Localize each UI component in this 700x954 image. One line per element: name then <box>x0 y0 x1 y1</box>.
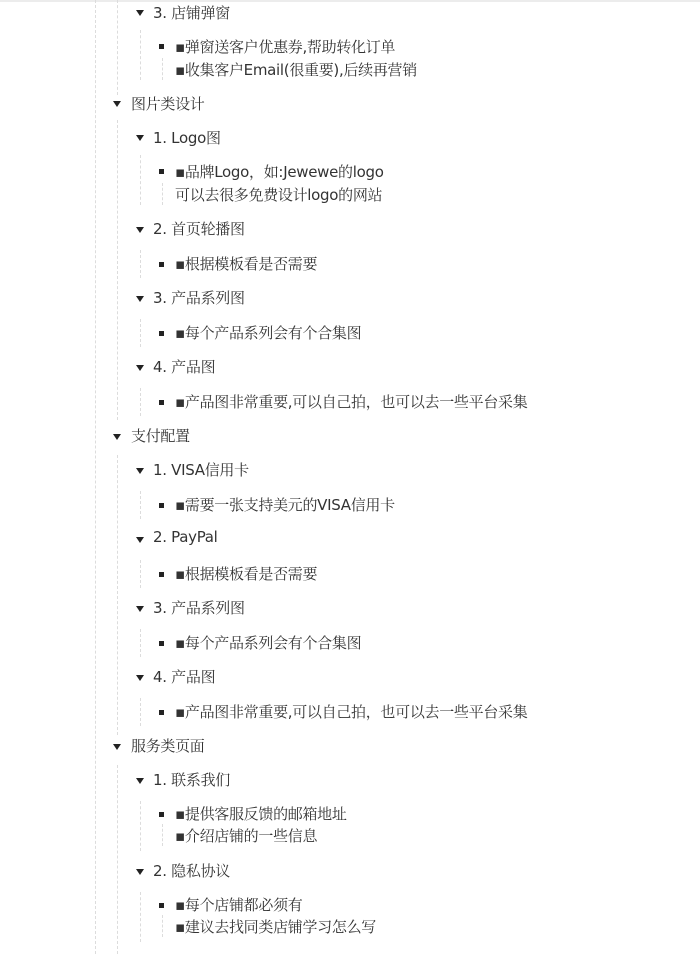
bullet-icon <box>159 903 164 908</box>
outline-heading[interactable]: 服务类页面 <box>131 735 205 756</box>
note-line: 可以去很多免费设计logo的网站 <box>175 184 382 205</box>
note-line: ▪产品图非常重要,可以自己拍，也可以去一些平台采集 <box>175 391 527 412</box>
outline-guide-level2 <box>140 388 141 416</box>
outline-guide-level2 <box>140 629 141 657</box>
note-line: ▪产品图非常重要,可以自己拍，也可以去一些平台采集 <box>175 701 527 722</box>
note-line: ▪每个产品系列会有个合集图 <box>175 322 361 343</box>
outline-subheading[interactable]: 3. 产品系列图 <box>153 287 245 308</box>
collapse-toggle-icon[interactable] <box>136 227 144 233</box>
bullet-icon <box>159 331 164 336</box>
collapse-toggle-icon[interactable] <box>136 10 144 16</box>
outline-subheading[interactable]: 1. VISA信用卡 <box>153 459 249 480</box>
note-line: ▪每个产品系列会有个合集图 <box>175 632 361 653</box>
collapse-toggle-icon[interactable] <box>136 778 144 784</box>
outline-guide-level0 <box>95 0 96 954</box>
note-line: ▪提供客服反馈的邮箱地址 <box>175 803 347 824</box>
outline-guide-level2 <box>140 801 141 851</box>
outline-subheading[interactable]: 1. 联系我们 <box>153 769 230 790</box>
collapse-toggle-icon[interactable] <box>136 675 144 681</box>
bullet-icon <box>159 169 164 174</box>
top-divider <box>0 0 700 2</box>
note-line: ▪每个店铺都必须有 <box>175 894 302 915</box>
collapse-toggle-icon[interactable] <box>113 101 121 107</box>
bullet-icon <box>159 262 164 267</box>
note-line: ▪根据模板看是否需要 <box>175 253 317 274</box>
outline-guide-level2 <box>140 491 141 519</box>
outline-guide-level2 <box>140 892 141 942</box>
note-guide <box>162 824 163 846</box>
collapse-toggle-icon[interactable] <box>136 468 144 474</box>
outline-guide-level2 <box>140 319 141 347</box>
note-line: ▪收集客户Email(很重要),后续再营销 <box>175 59 417 80</box>
outline-heading[interactable]: 支付配置 <box>131 425 190 446</box>
note-line: ▪根据模板看是否需要 <box>175 563 317 584</box>
outline-guide-level1 <box>117 0 118 95</box>
outline-heading[interactable]: 图片类设计 <box>131 93 205 114</box>
bullet-icon <box>159 812 164 817</box>
outline-guide-level2 <box>140 155 141 205</box>
outline-subheading[interactable]: 2. 首页轮播图 <box>153 218 245 239</box>
outline-subheading[interactable]: 2. PayPal <box>153 528 218 546</box>
outline-guide-level2 <box>140 698 141 726</box>
collapse-toggle-icon[interactable] <box>113 434 121 440</box>
note-line: ▪建议去找同类店铺学习怎么写 <box>175 916 376 937</box>
bullet-icon <box>159 400 164 405</box>
bullet-icon <box>159 572 164 577</box>
outline-guide-level1 <box>117 120 118 420</box>
bullet-icon <box>159 641 164 646</box>
note-guide <box>162 183 163 205</box>
bullet-icon <box>159 710 164 715</box>
outline-subheading[interactable]: 4. 产品图 <box>153 666 215 687</box>
collapse-toggle-icon[interactable] <box>113 744 121 750</box>
collapse-toggle-icon[interactable] <box>136 135 144 141</box>
outline-guide-level1 <box>117 455 118 735</box>
outline-subheading[interactable]: 1. Logo图 <box>153 127 221 148</box>
outline-guide-level2 <box>140 560 141 588</box>
outline-guide-level2 <box>140 250 141 278</box>
outline-guide-level1 <box>117 765 118 954</box>
collapse-toggle-icon[interactable] <box>136 869 144 875</box>
note-guide <box>162 915 163 937</box>
outline-subheading[interactable]: 2. 隐私协议 <box>153 860 230 881</box>
note-line: ▪品牌Logo，如:Jewewe的logo <box>175 161 384 182</box>
collapse-toggle-icon[interactable] <box>136 537 144 543</box>
bullet-icon <box>159 503 164 508</box>
collapse-toggle-icon[interactable] <box>136 606 144 612</box>
collapse-toggle-icon[interactable] <box>136 296 144 302</box>
outline-guide-level2 <box>140 30 141 80</box>
collapse-toggle-icon[interactable] <box>136 365 144 371</box>
outline-subheading[interactable]: 3. 店铺弹窗 <box>153 2 230 23</box>
bullet-icon <box>159 44 164 49</box>
note-line: ▪需要一张支持美元的VISA信用卡 <box>175 494 395 515</box>
note-line: ▪弹窗送客户优惠券,帮助转化订单 <box>175 36 395 57</box>
note-line: ▪介绍店铺的一些信息 <box>175 825 317 846</box>
outline-subheading[interactable]: 4. 产品图 <box>153 356 215 377</box>
outline-subheading[interactable]: 3. 产品系列图 <box>153 597 245 618</box>
note-guide <box>162 58 163 80</box>
